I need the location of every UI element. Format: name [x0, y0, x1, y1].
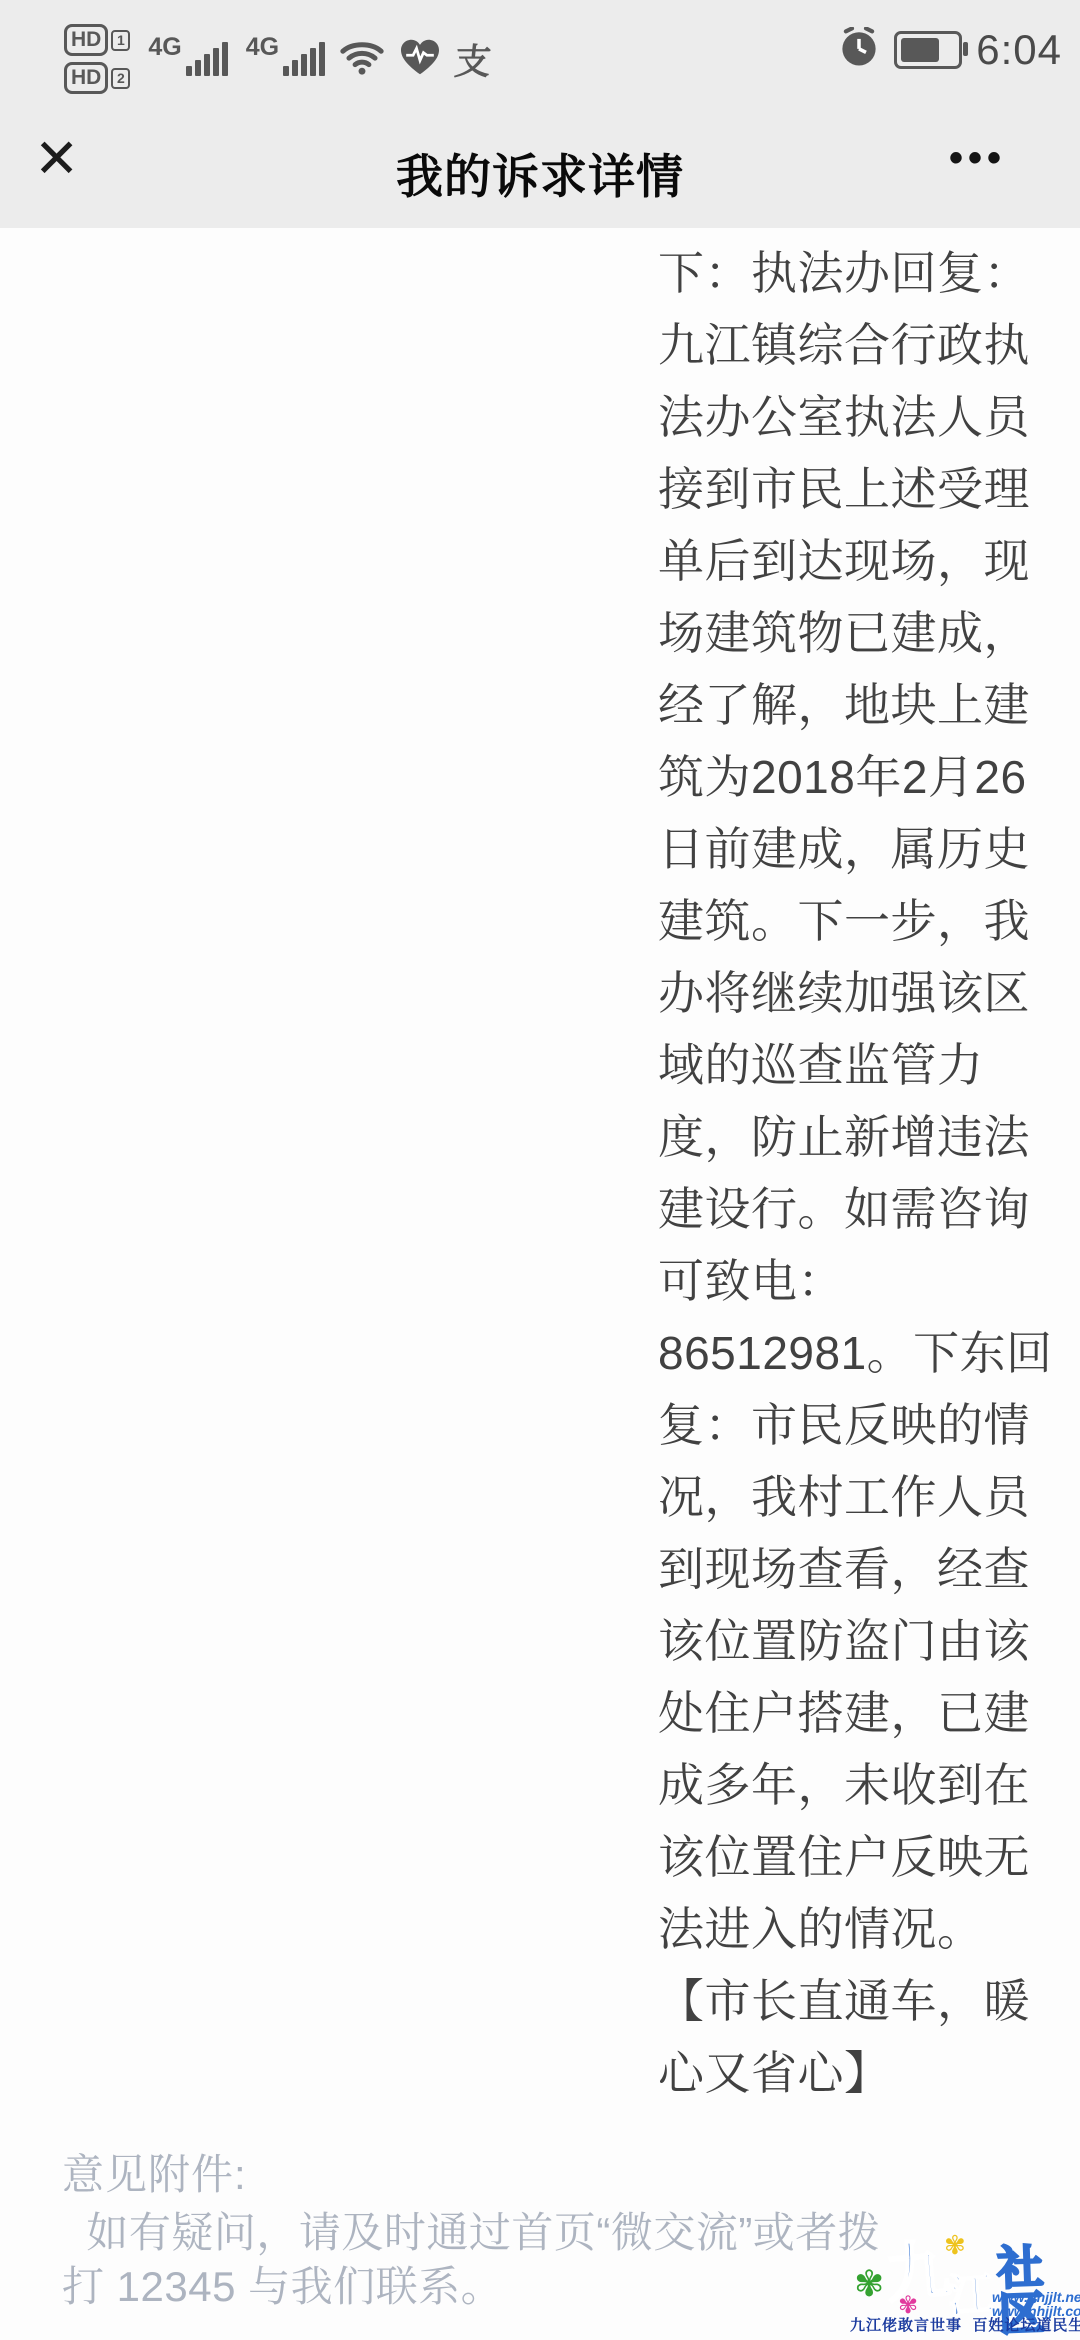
network-type-1: 4G	[148, 35, 181, 60]
reply-text-line: 经了解，地块上建	[658, 669, 1058, 741]
reply-text-line: 该位置住户反映无	[658, 1821, 1058, 1893]
status-right-cluster: 6:04	[838, 26, 1062, 74]
reply-text-line: 该位置防盗门由该	[658, 1605, 1058, 1677]
contact-notice: 如有疑问，请及时通过首页“微交流”或者拨打 12345 与我们联系。	[62, 2206, 880, 2314]
reply-text-line: 建设行。如需咨询	[658, 1173, 1058, 1245]
volte-hd-badges: HD 1 HD 2	[64, 24, 130, 94]
signal-bars-icon-2	[283, 42, 325, 76]
signal-sim1: 4G	[148, 42, 227, 76]
nav-bar: ✕ 我的诉求详情 •••	[0, 118, 1080, 228]
reply-text-line: 筑为2018年2月26	[658, 741, 1058, 813]
reply-text-line: 场建筑物已建成，	[658, 597, 1058, 669]
alipay-icon: 支	[452, 34, 493, 85]
network-type-2: 4G	[246, 35, 279, 60]
top-band: HD 1 HD 2 4G 4G	[0, 0, 1080, 228]
sim2-badge-icon: 2	[111, 68, 130, 89]
appeal-detail-screen: { "status_bar": { "time": "6:04", "hd1":…	[0, 0, 1080, 2340]
reply-text-line: 域的巡查监管力	[658, 1029, 1058, 1101]
hd1-row: HD 1	[64, 24, 130, 56]
watermark-char-jiang: 江	[946, 2270, 995, 2319]
reply-text-line: 法办公室执法人员	[658, 381, 1058, 453]
reply-text-line: 接到市民上述受理	[658, 453, 1058, 525]
watermark-tagline: 九江佬敢言世事 百姓论坛道民生	[850, 2318, 1080, 2333]
reply-text-line: 办将继续加强该区	[658, 957, 1058, 1029]
reply-text-line: 日前建成，属历史	[658, 813, 1058, 885]
reply-text-line: 况，我村工作人员	[658, 1461, 1058, 1533]
status-bar: HD 1 HD 2 4G 4G	[0, 0, 1080, 118]
hd2-badge-icon: HD	[64, 62, 108, 94]
more-menu-icon[interactable]: •••	[949, 136, 1006, 181]
contact-notice-line: 如有疑问，请及时通过首页“微交流”或者拨	[62, 2206, 880, 2260]
reply-text-line: 单后到达现场，现	[658, 525, 1058, 597]
watermark-char-jiu: 九	[883, 2237, 952, 2306]
reply-text-line: 度，防止新增违法	[658, 1101, 1058, 1173]
community-watermark-logo: ✾ ✾ ✾ 九 江 社区 www.nhjjlt.net www.nhjjlt.c…	[840, 2232, 1080, 2340]
hd1-badge-icon: HD	[64, 24, 108, 56]
wifi-icon	[339, 37, 385, 82]
reply-text-line: 可致电：	[658, 1245, 1058, 1317]
reply-text-line: 【市长直通车，暖	[658, 1965, 1058, 2037]
reply-text-line: 法进入的情况。	[658, 1893, 1058, 1965]
reply-text-line: 建筑。下一步，我	[658, 885, 1058, 957]
reply-text-line: 86512981。下东回	[658, 1317, 1058, 1389]
health-heart-icon	[399, 38, 441, 81]
battery-icon	[894, 31, 962, 69]
reply-text-block: 下：执法办回复：九江镇综合行政执法办公室执法人员接到市民上述受理单后到达现场，现…	[658, 237, 1058, 2109]
green-flower-icon: ✾	[854, 2266, 884, 2302]
reply-text-line: 下：执法办回复：	[658, 237, 1058, 309]
hd2-row: HD 2	[64, 62, 130, 94]
reply-text-line: 成多年，未收到在	[658, 1749, 1058, 1821]
reply-text-line: 处住户搭建，已建	[658, 1677, 1058, 1749]
watermark-url-com: www.nhjjlt.com	[992, 2304, 1080, 2318]
clock-time: 6:04	[976, 26, 1062, 74]
signal-bars-icon-1	[186, 42, 228, 76]
attachment-label: 意见附件:	[62, 2142, 247, 2202]
reply-text-line: 心又省心】	[658, 2037, 1058, 2109]
sim1-badge-icon: 1	[111, 30, 130, 51]
signal-sim2: 4G	[246, 42, 325, 76]
watermark-urls: www.nhjjlt.net www.nhjjlt.com	[992, 2290, 1080, 2318]
page-title: 我的诉求详情	[0, 140, 1080, 207]
reply-text-line: 到现场查看，经查	[658, 1533, 1058, 1605]
watermark-url-net: www.nhjjlt.net	[992, 2290, 1080, 2304]
status-left-cluster: HD 1 HD 2 4G 4G	[64, 24, 491, 94]
alarm-clock-icon	[838, 27, 880, 74]
contact-notice-line: 打 12345 与我们联系。	[62, 2260, 880, 2314]
reply-text-line: 复：市民反映的情	[658, 1389, 1058, 1461]
reply-text-line: 九江镇综合行政执	[658, 309, 1058, 381]
